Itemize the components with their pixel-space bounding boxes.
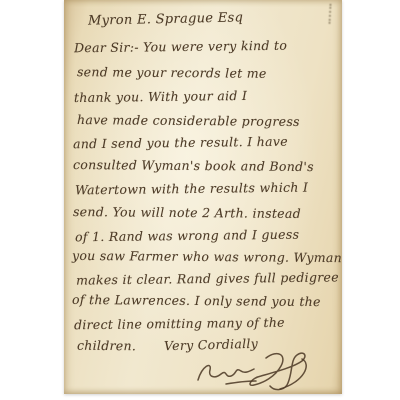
letter-paper: Myron E. Sprague Esq Dear Sir:- You were… bbox=[64, 0, 342, 394]
handwritten-line: direct line omitting many of the bbox=[74, 315, 285, 333]
handwritten-line: thank you. With your aid I bbox=[74, 88, 247, 105]
handwritten-line: Dear Sir:- You were very kind to bbox=[74, 38, 287, 56]
letter-recipient: Myron E. Sprague Esq bbox=[88, 10, 243, 28]
handwritten-line: you saw Farmer who was wrong. Wyman bbox=[72, 248, 342, 265]
scanned-letter-page: { "colors": { "background": "#ffffff", "… bbox=[0, 0, 400, 400]
handwritten-line: send me your records let me bbox=[77, 64, 267, 81]
handwritten-line: consulted Wyman's book and Bond's bbox=[73, 157, 314, 174]
handwritten-line: makes it clear. Rand gives full pedigree bbox=[76, 269, 339, 287]
handwritten-line: of 1. Rand was wrong and I guess bbox=[75, 227, 299, 245]
signature-scribble bbox=[190, 348, 340, 394]
signature-flourish-icon bbox=[190, 348, 340, 394]
handwritten-line: children. bbox=[77, 338, 136, 354]
handwritten-line: and I send you the result. I have bbox=[73, 134, 288, 152]
handwritten-line: Watertown with the results which I bbox=[75, 180, 308, 198]
handwritten-line: send. You will note 2 Arth. instead bbox=[73, 204, 301, 221]
corner-mark bbox=[328, 4, 337, 24]
handwritten-line: have made considerable progress bbox=[77, 112, 300, 129]
handwritten-line: of the Lawrences. I only send you the bbox=[72, 292, 321, 309]
